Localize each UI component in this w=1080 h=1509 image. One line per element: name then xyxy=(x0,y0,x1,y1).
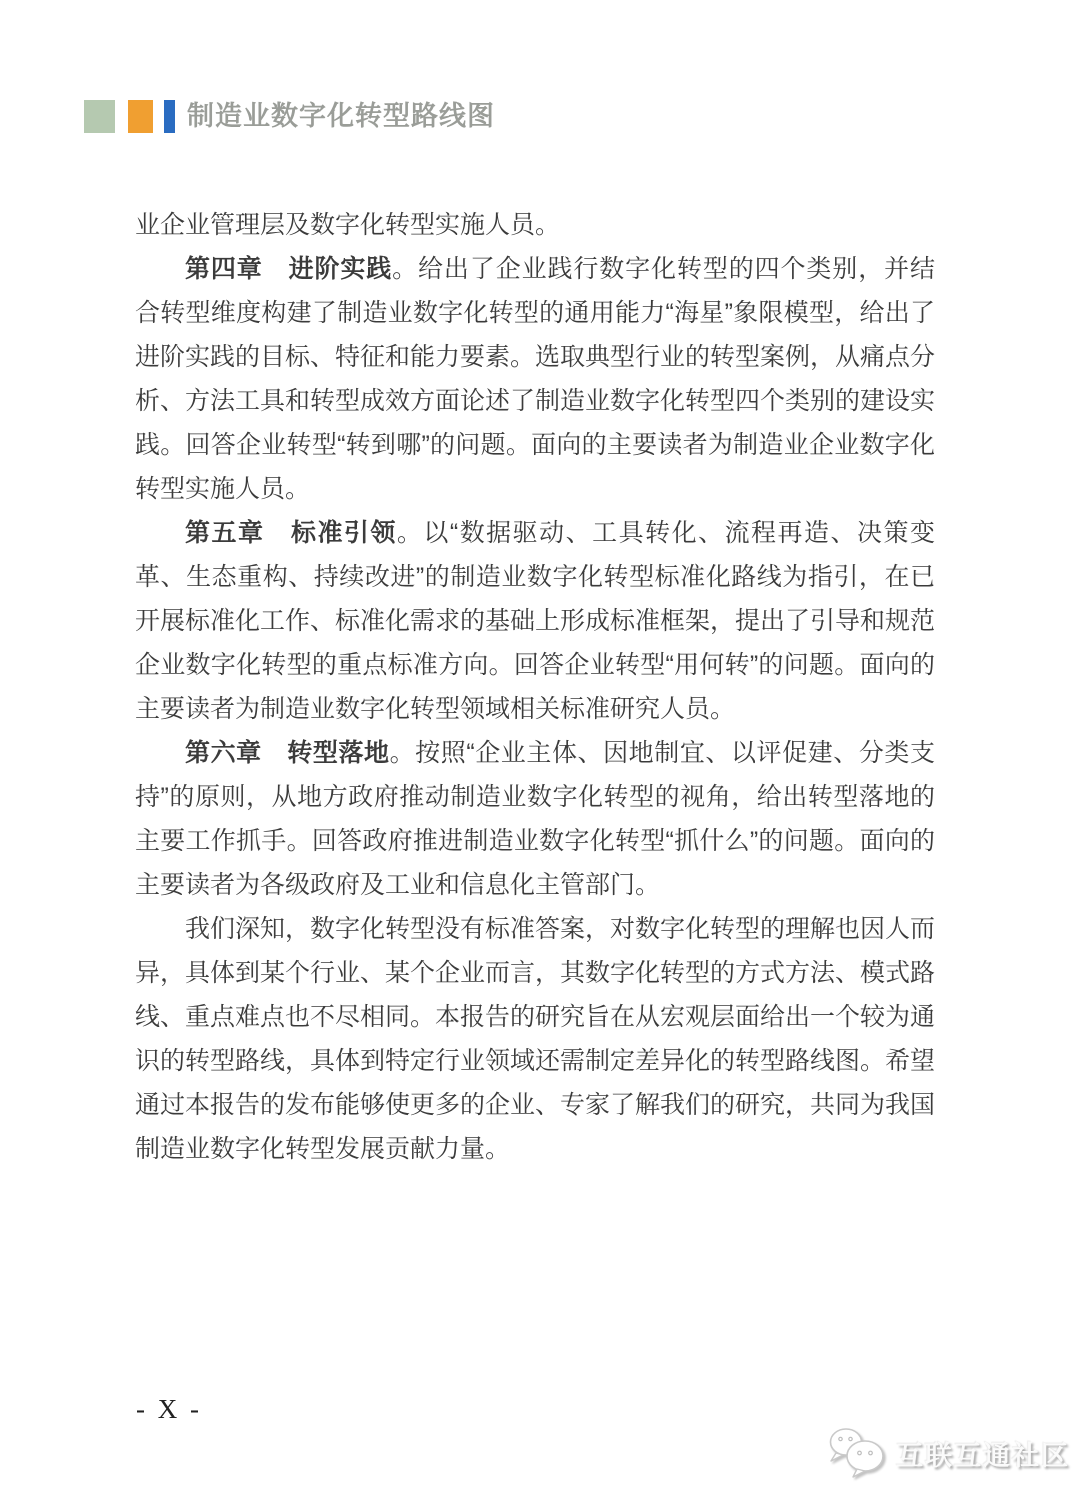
header-green-block-decoration xyxy=(84,100,115,133)
paragraph-text: 我们深知，数字化转型没有标准答案，对数字化转型的理解也因人而异，具体到某个行业、… xyxy=(135,915,935,1163)
page-title: 制造业数字化转型路线图 xyxy=(187,99,495,133)
watermark: 互联互通社区 xyxy=(826,1426,1070,1480)
chapter-heading: 第六章 转型落地 xyxy=(185,739,390,767)
watermark-text: 互联互通社区 xyxy=(896,1434,1070,1473)
paragraph-text: 业企业管理层及数字化转型实施人员。 xyxy=(135,211,560,239)
document-page: 制造业数字化转型路线图 业企业管理层及数字化转型实施人员。第四章 进阶实践。给出… xyxy=(0,0,1080,1509)
document-body: 业企业管理层及数字化转型实施人员。第四章 进阶实践。给出了企业践行数字化转型的四… xyxy=(135,203,935,1171)
paragraph: 第六章 转型落地。按照“企业主体、因地制宜、以评促建、分类支持”的原则，从地方政… xyxy=(135,731,935,907)
chapter-heading: 第四章 进阶实践 xyxy=(185,255,392,283)
wechat-chat-bubbles-icon xyxy=(826,1426,888,1480)
paragraph-text: 。以“数据驱动、工具转化、流程再造、决策变革、生态重构、持续改进”的制造业数字化… xyxy=(135,519,935,723)
paragraph: 业企业管理层及数字化转型实施人员。 xyxy=(135,203,935,247)
paragraph: 我们深知，数字化转型没有标准答案，对数字化转型的理解也因人而异，具体到某个行业、… xyxy=(135,907,935,1171)
header-orange-block-decoration xyxy=(128,100,153,133)
header-blue-block-decoration xyxy=(164,100,175,133)
paragraph: 第五章 标准引领。以“数据驱动、工具转化、流程再造、决策变革、生态重构、持续改进… xyxy=(135,511,935,731)
page-number: - X - xyxy=(136,1394,202,1425)
page-header: 制造业数字化转型路线图 xyxy=(84,99,495,133)
paragraph-text: 。给出了企业践行数字化转型的四个类别，并结合转型维度构建了制造业数字化转型的通用… xyxy=(135,255,935,503)
paragraph: 第四章 进阶实践。给出了企业践行数字化转型的四个类别，并结合转型维度构建了制造业… xyxy=(135,247,935,511)
chapter-heading: 第五章 标准引领 xyxy=(185,519,397,547)
